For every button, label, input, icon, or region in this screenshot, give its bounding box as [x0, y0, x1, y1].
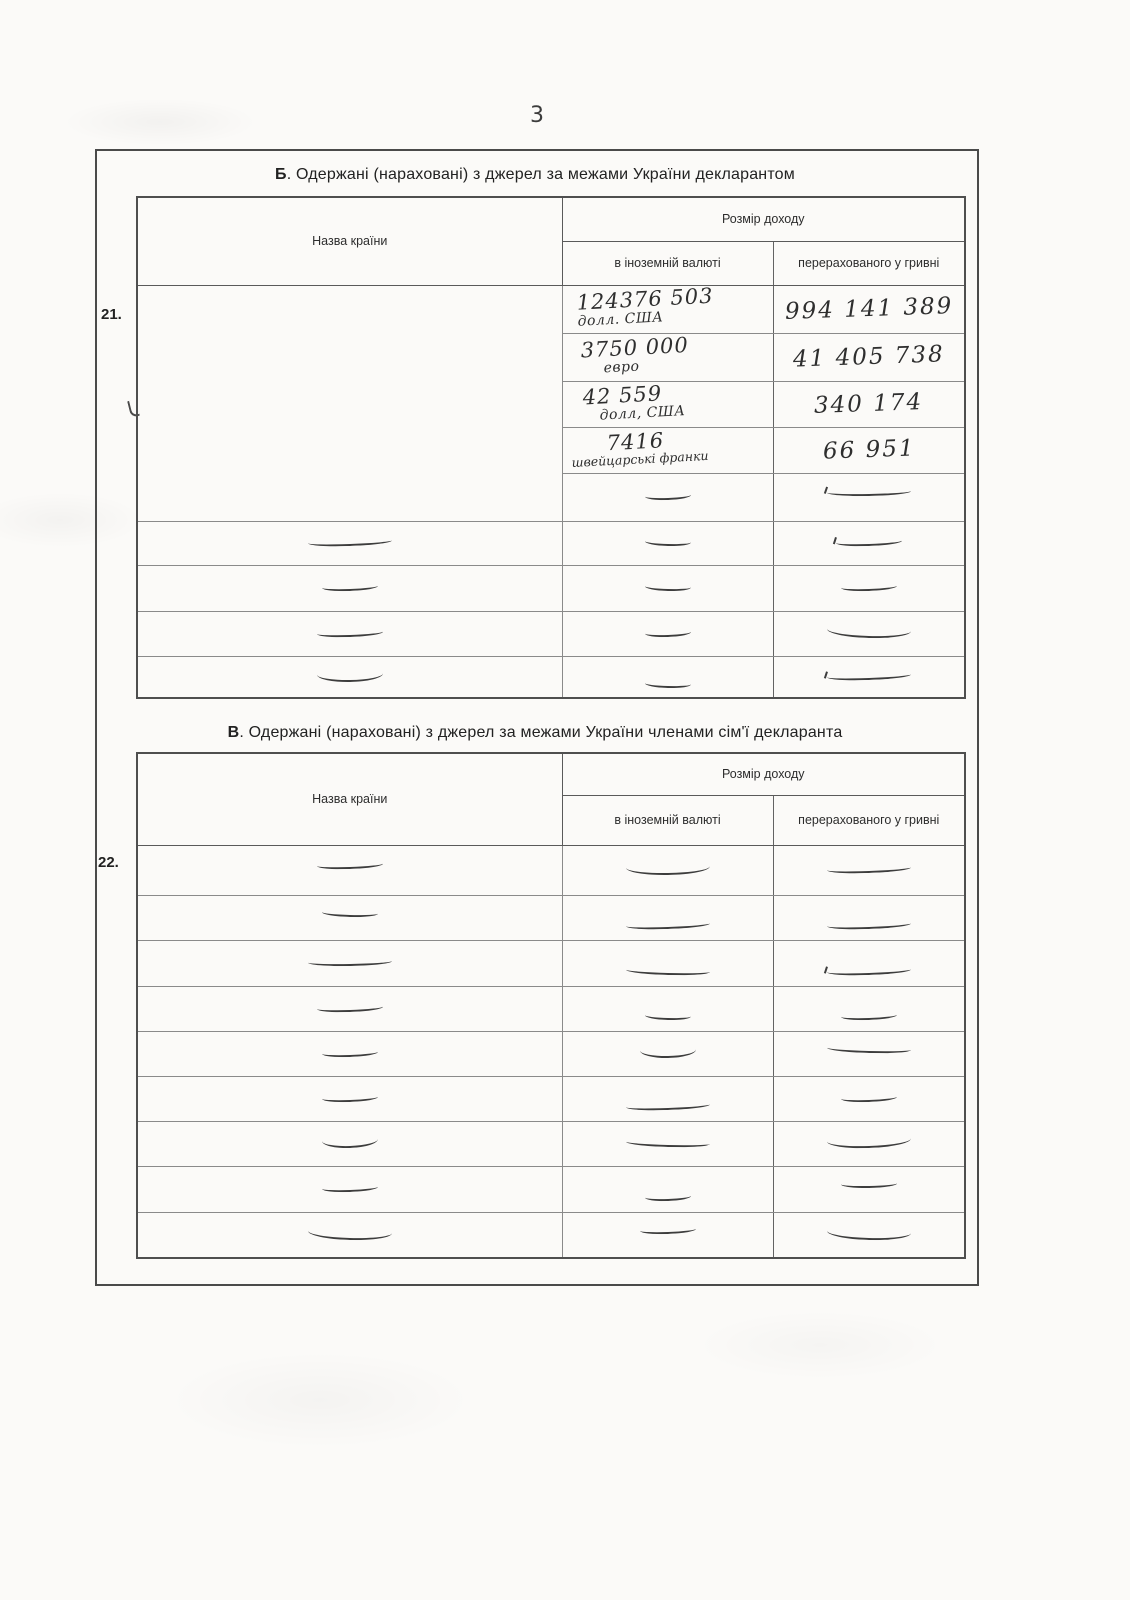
item-number-22: 22. — [98, 854, 119, 871]
dash-mark — [827, 966, 911, 976]
table-income-family-members: Назва країни Розмір доходу в іноземній в… — [136, 752, 966, 1259]
section-b-letter: Б — [275, 166, 287, 183]
empty-cell — [562, 565, 773, 611]
table-v-header-row-1: Назва країни Розмір доходу — [137, 753, 965, 795]
empty-cell — [137, 565, 562, 611]
table-b-header-row-1: Назва країни Розмір доходу — [137, 197, 965, 241]
dash-mark — [644, 584, 690, 592]
empty-cell — [562, 1121, 773, 1166]
empty-cell — [562, 845, 773, 895]
empty-cell — [773, 656, 965, 698]
dash-mark — [644, 492, 690, 501]
dash-mark — [827, 865, 911, 875]
empty-row — [137, 611, 965, 656]
empty-cell — [773, 845, 965, 895]
dash-mark — [625, 921, 709, 931]
empty-cell — [773, 565, 965, 611]
empty-row — [137, 1121, 965, 1166]
hryvnia-amount-cell: 340 174 — [773, 381, 965, 427]
empty-cell — [137, 656, 562, 698]
empty-cell — [137, 1212, 562, 1258]
dash-mark — [322, 1184, 378, 1193]
dash-mark — [625, 864, 709, 875]
dash-mark — [639, 1226, 695, 1235]
hryvnia-amount-cell: 994 141 389 — [773, 285, 965, 333]
dash-mark — [644, 629, 690, 638]
foreign-amount-cell: 124376 503 долл. США — [562, 285, 773, 333]
col-header-country: Назва країни — [137, 753, 562, 845]
dash-mark — [841, 1181, 897, 1189]
empty-cell — [773, 1166, 965, 1212]
dash-mark — [827, 921, 911, 931]
col-header-foreign-currency: в іноземній валюті — [562, 795, 773, 845]
section-v-letter: В — [228, 724, 240, 741]
dash-mark — [308, 1228, 392, 1240]
empty-cell — [137, 845, 562, 895]
dash-mark — [317, 861, 383, 870]
hryvnia-amount-cell: 41 405 738 — [773, 333, 965, 381]
empty-cell — [773, 473, 965, 521]
empty-cell — [562, 986, 773, 1031]
empty-cell — [562, 611, 773, 656]
empty-cell — [562, 1076, 773, 1121]
col-header-income: Розмір доходу — [562, 753, 965, 795]
empty-cell — [137, 940, 562, 986]
col-header-income: Розмір доходу — [562, 197, 965, 241]
empty-row — [137, 1166, 965, 1212]
empty-cell — [137, 1121, 562, 1166]
dash-mark — [827, 1137, 911, 1150]
empty-cell — [562, 473, 773, 521]
dash-mark — [322, 909, 378, 917]
dash-mark — [644, 1012, 690, 1020]
dash-mark — [317, 629, 383, 638]
dash-mark — [625, 1102, 709, 1112]
dash-mark — [322, 583, 378, 592]
handwritten-hryvnia: 66 951 — [822, 435, 915, 464]
handwritten-hryvnia: 340 174 — [814, 389, 924, 419]
empty-row — [137, 986, 965, 1031]
dash-mark — [625, 1139, 709, 1148]
dash-mark — [827, 489, 911, 497]
empty-cell — [773, 986, 965, 1031]
empty-row — [137, 940, 965, 986]
section-b-title: Б. Одержані (нараховані) з джерел за меж… — [95, 166, 975, 184]
dash-mark — [836, 538, 902, 547]
dash-mark — [322, 1049, 378, 1058]
dash-mark — [625, 966, 709, 975]
hryvnia-amount-cell: 66 951 — [773, 427, 965, 473]
col-header-hryvnia: перерахованого у гривні — [773, 241, 965, 285]
empty-cell — [562, 1031, 773, 1076]
dash-mark — [322, 1094, 378, 1103]
dash-mark — [644, 1193, 690, 1202]
empty-row — [137, 1076, 965, 1121]
empty-row — [137, 565, 965, 611]
empty-cell — [137, 986, 562, 1031]
dash-mark — [639, 1048, 695, 1059]
empty-cell — [137, 1076, 562, 1121]
dash-mark — [644, 539, 690, 547]
dash-mark — [317, 1004, 383, 1013]
entry-row: 124376 503 долл. США 994 141 389 — [137, 285, 965, 333]
dash-mark — [841, 1012, 897, 1021]
empty-cell — [773, 611, 965, 656]
foreign-amount-cell: 3750 000 евро — [562, 333, 773, 381]
dash-mark — [827, 1228, 911, 1240]
empty-cell — [773, 1031, 965, 1076]
empty-cell — [773, 1212, 965, 1258]
scanned-declaration-page: 3 Б. Одержані (нараховані) з джерел за м… — [0, 0, 1130, 1600]
empty-cell — [137, 1031, 562, 1076]
dash-mark — [308, 959, 392, 967]
dash-mark — [644, 681, 690, 689]
country-cell-merged-empty — [137, 285, 562, 521]
handwritten-hryvnia: 994 141 389 — [784, 293, 953, 325]
empty-row — [137, 521, 965, 565]
dash-mark — [841, 1094, 897, 1103]
page-number: 3 — [0, 103, 1074, 128]
empty-cell — [773, 521, 965, 565]
empty-row — [137, 845, 965, 895]
empty-row — [137, 1031, 965, 1076]
empty-cell — [137, 521, 562, 565]
dash-mark — [308, 538, 392, 548]
col-header-foreign-currency: в іноземній валюті — [562, 241, 773, 285]
handwritten-hryvnia: 41 405 738 — [792, 341, 945, 372]
empty-cell — [773, 895, 965, 940]
dash-mark — [827, 672, 911, 682]
col-header-hryvnia: перерахованого у гривні — [773, 795, 965, 845]
foreign-amount-cell: 7416 швейцарські франки — [562, 427, 773, 473]
section-b-title-text: . Одержані (нараховані) з джерел за межа… — [287, 166, 795, 183]
foreign-amount-cell: 42 559 долл, США — [562, 381, 773, 427]
section-v-title-text: . Одержані (нараховані) з джерел за межа… — [239, 724, 842, 741]
empty-cell — [562, 521, 773, 565]
dash-mark — [322, 1137, 378, 1149]
section-v-title: В. Одержані (нараховані) з джерел за меж… — [95, 724, 975, 742]
empty-cell — [773, 1076, 965, 1121]
dash-mark — [317, 671, 383, 682]
empty-cell — [562, 940, 773, 986]
empty-row — [137, 1212, 965, 1258]
table-income-declarant: Назва країни Розмір доходу в іноземній в… — [136, 196, 966, 699]
empty-row — [137, 895, 965, 940]
item-number-21: 21. — [101, 306, 122, 323]
empty-cell — [562, 1212, 773, 1258]
empty-row — [137, 656, 965, 698]
empty-cell — [137, 895, 562, 940]
empty-cell — [137, 1166, 562, 1212]
empty-cell — [562, 895, 773, 940]
col-header-country: Назва країни — [137, 197, 562, 285]
dash-mark — [841, 583, 897, 592]
empty-cell — [773, 940, 965, 986]
dash-mark — [827, 627, 911, 639]
empty-cell — [562, 1166, 773, 1212]
dash-mark — [827, 1045, 911, 1054]
empty-cell — [562, 656, 773, 698]
empty-cell — [137, 611, 562, 656]
empty-cell — [773, 1121, 965, 1166]
